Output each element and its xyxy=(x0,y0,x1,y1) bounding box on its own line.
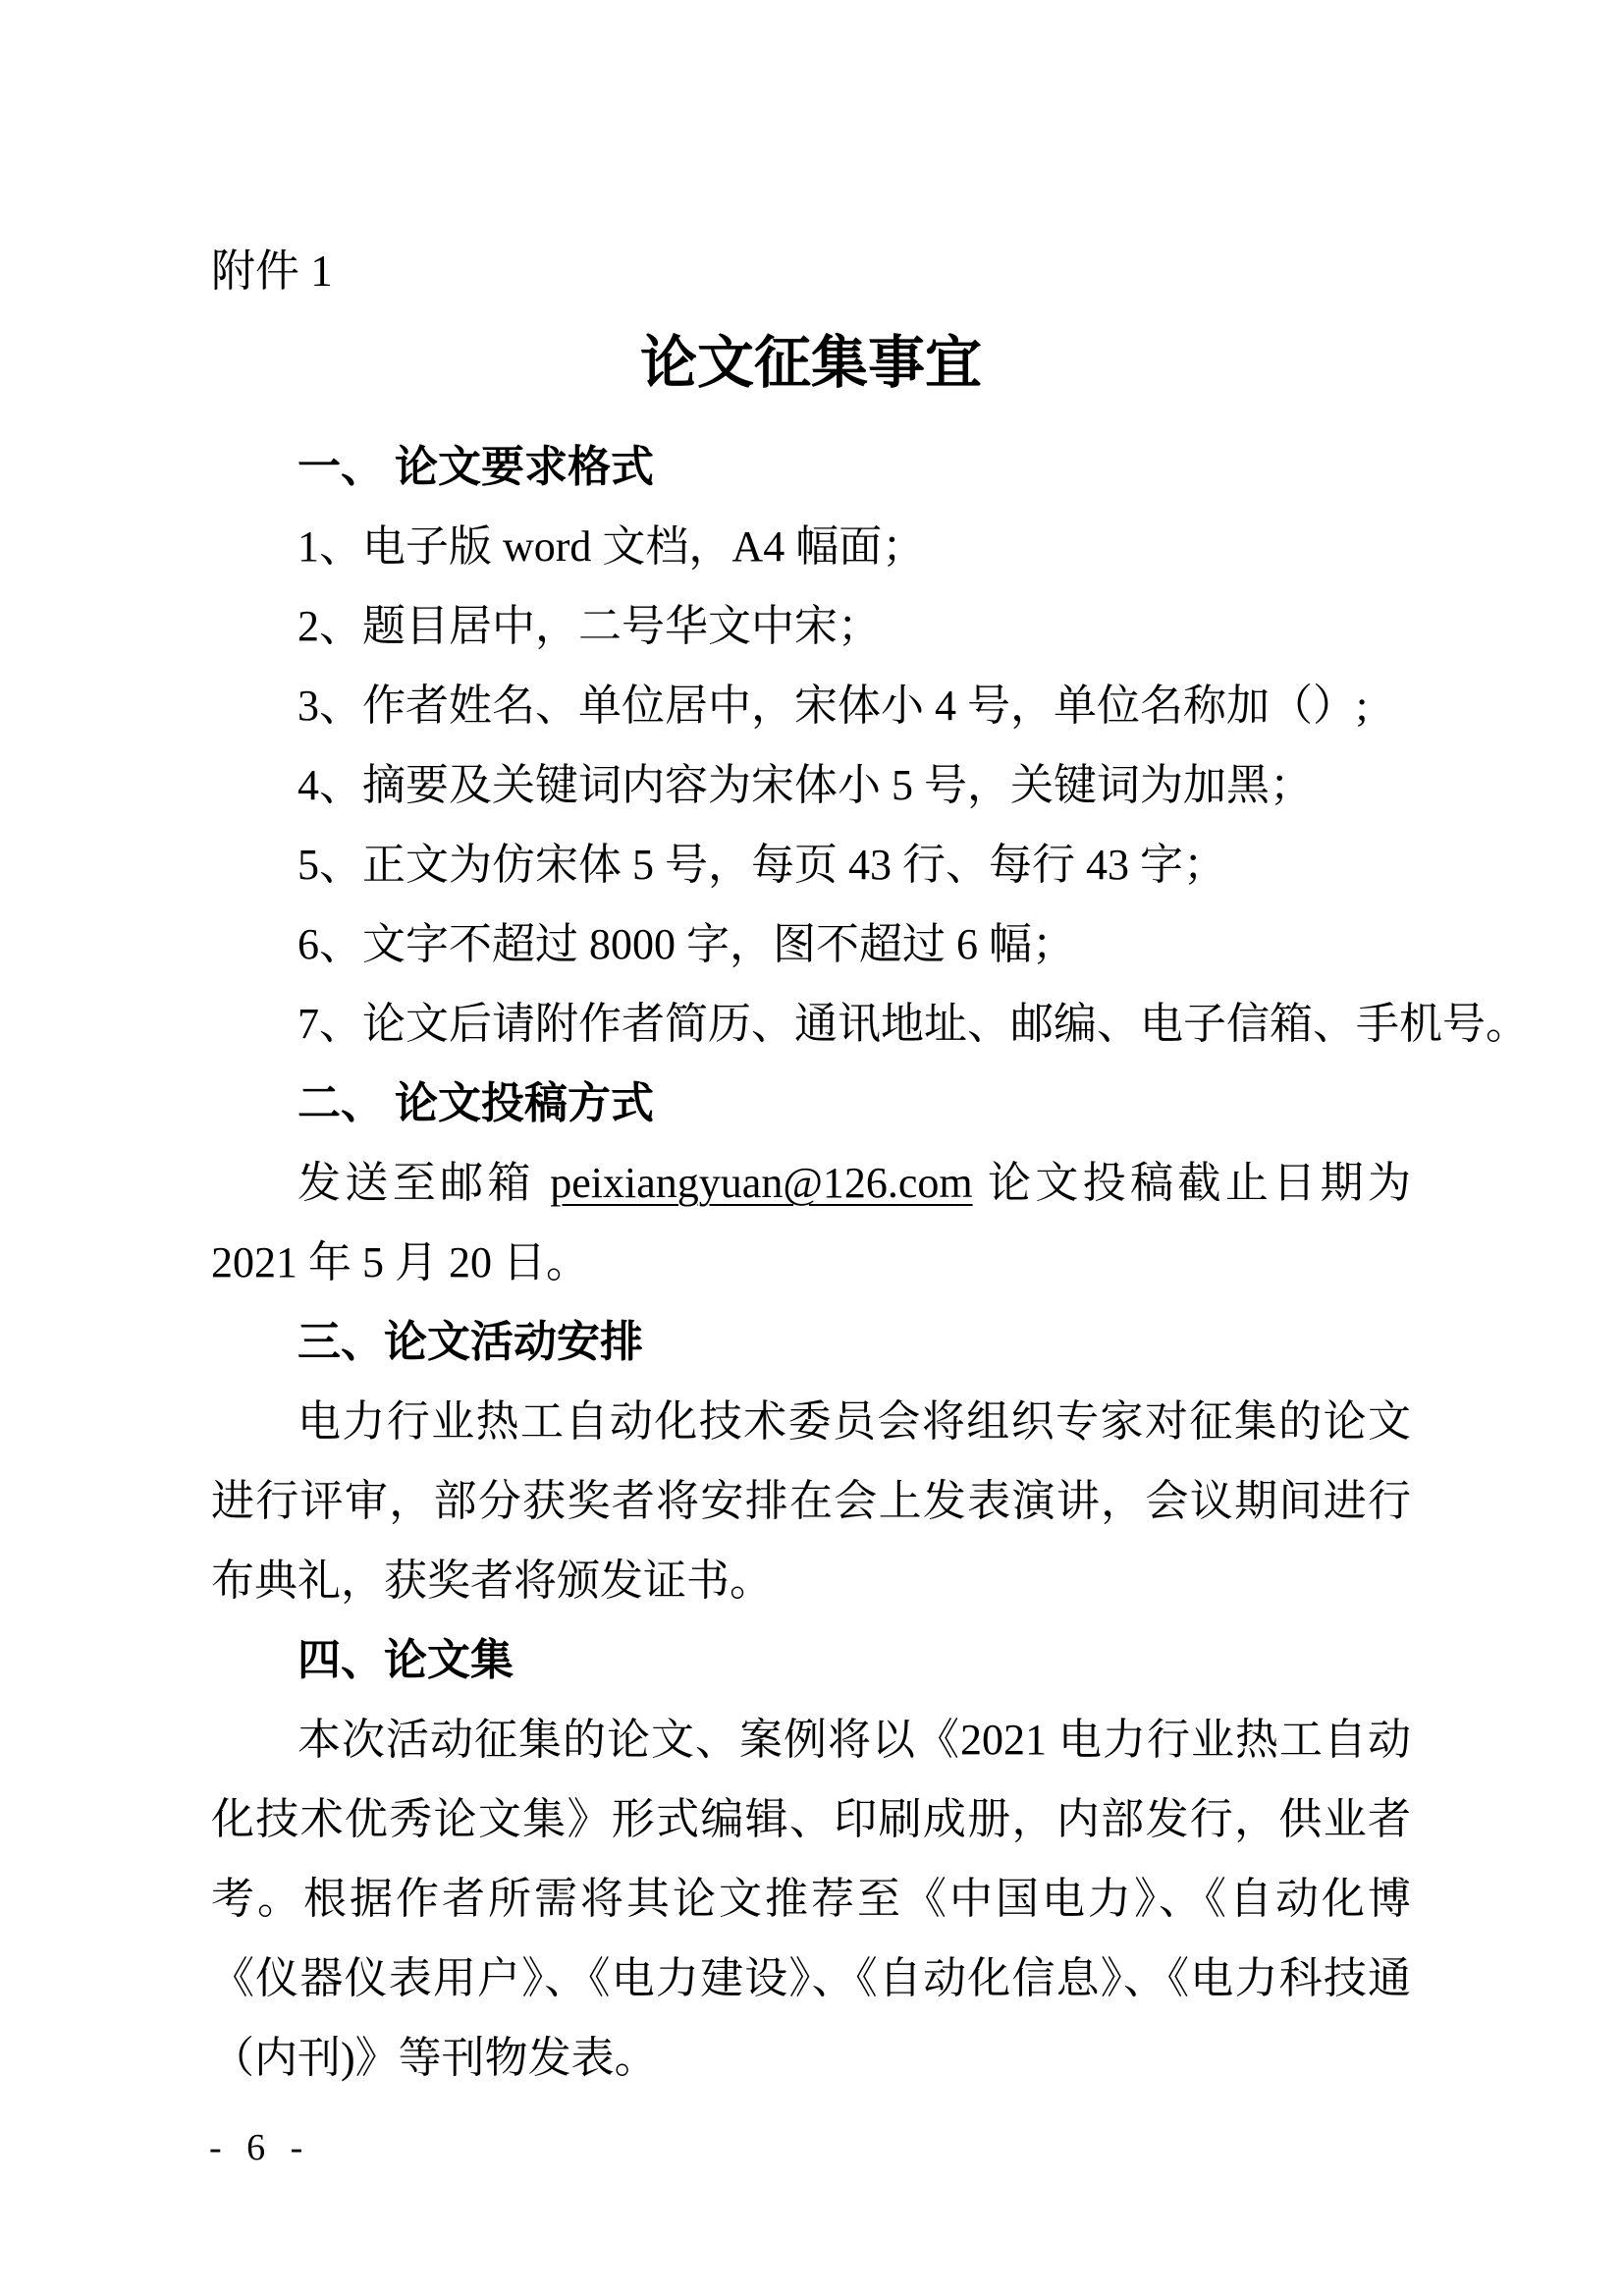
section-1-item-1: 1、电子版 word 文档，A4 幅面； xyxy=(211,507,1411,586)
section-4-paragraph-line-5: （内刊)》等刊物发表。 xyxy=(211,2018,1411,2098)
section-3-heading: 三、论文活动安排 xyxy=(211,1302,1411,1382)
section-4-paragraph-line-2: 化技术优秀论文集》形式编辑、印刷成册，内部发行，供业者参 xyxy=(211,1779,1411,1859)
section-1-heading: 一、 论文要求格式 xyxy=(211,427,1411,507)
section-1-item-2: 2、题目居中，二号华文中宋； xyxy=(211,586,1411,666)
submission-text-prefix: 发送至邮箱 xyxy=(298,1159,550,1207)
attachment-label: 附件 1 xyxy=(211,242,333,301)
section-1-item-5: 5、正文为仿宋体 5 号，每页 43 行、每行 43 字； xyxy=(211,825,1411,904)
submission-email: peixiangyuan@126.com xyxy=(550,1159,972,1207)
document-body: 一、 论文要求格式 1、电子版 word 文档，A4 幅面； 2、题目居中，二号… xyxy=(211,427,1411,2098)
section-1-item-7: 7、论文后请附作者简历、通讯地址、邮编、电子信箱、手机号。 xyxy=(211,984,1411,1064)
section-2-paragraph-line-2: 2021 年 5 月 20 日。 xyxy=(211,1223,1411,1302)
section-2-heading: 二、 论文投稿方式 xyxy=(211,1064,1411,1143)
section-3-paragraph-line-3: 布典礼，获奖者将颁发证书。 xyxy=(211,1541,1411,1620)
section-1-item-3: 3、作者姓名、单位居中，宋体小 4 号，单位名称加（）; xyxy=(211,666,1411,745)
document-title: 论文征集事宜 xyxy=(211,316,1411,410)
section-3-paragraph-line-2: 进行评审，部分获奖者将安排在会上发表演讲，会议期间进行发 xyxy=(211,1461,1411,1541)
document-page: 附件 1 论文征集事宜 一、 论文要求格式 1、电子版 word 文档，A4 幅… xyxy=(0,0,1623,2296)
section-4-heading: 四、论文集 xyxy=(211,1620,1411,1700)
section-4-paragraph-line-3: 考。根据作者所需将其论文推荐至《中国电力》、《自动化博览》、 xyxy=(211,1859,1411,1939)
page-number: - 6 - xyxy=(209,2123,310,2172)
section-3-paragraph-line-1: 电力行业热工自动化技术委员会将组织专家对征集的论文 xyxy=(211,1382,1411,1461)
section-4-paragraph-line-1: 本次活动征集的论文、案例将以《2021 电力行业热工自动 xyxy=(211,1700,1411,1779)
submission-text-suffix: 论文投稿截止日期为 xyxy=(973,1159,1411,1207)
section-4-paragraph-line-4: 《仪器仪表用户》、《电力建设》、《自动化信息》、《电力科技通讯 xyxy=(211,1939,1411,2018)
section-1-item-4: 4、摘要及关键词内容为宋体小 5 号，关键词为加黑； xyxy=(211,745,1411,825)
section-2-paragraph-line-1: 发送至邮箱 peixiangyuan@126.com 论文投稿截止日期为 xyxy=(211,1143,1411,1223)
section-1-item-6: 6、文字不超过 8000 字，图不超过 6 幅； xyxy=(211,904,1411,984)
